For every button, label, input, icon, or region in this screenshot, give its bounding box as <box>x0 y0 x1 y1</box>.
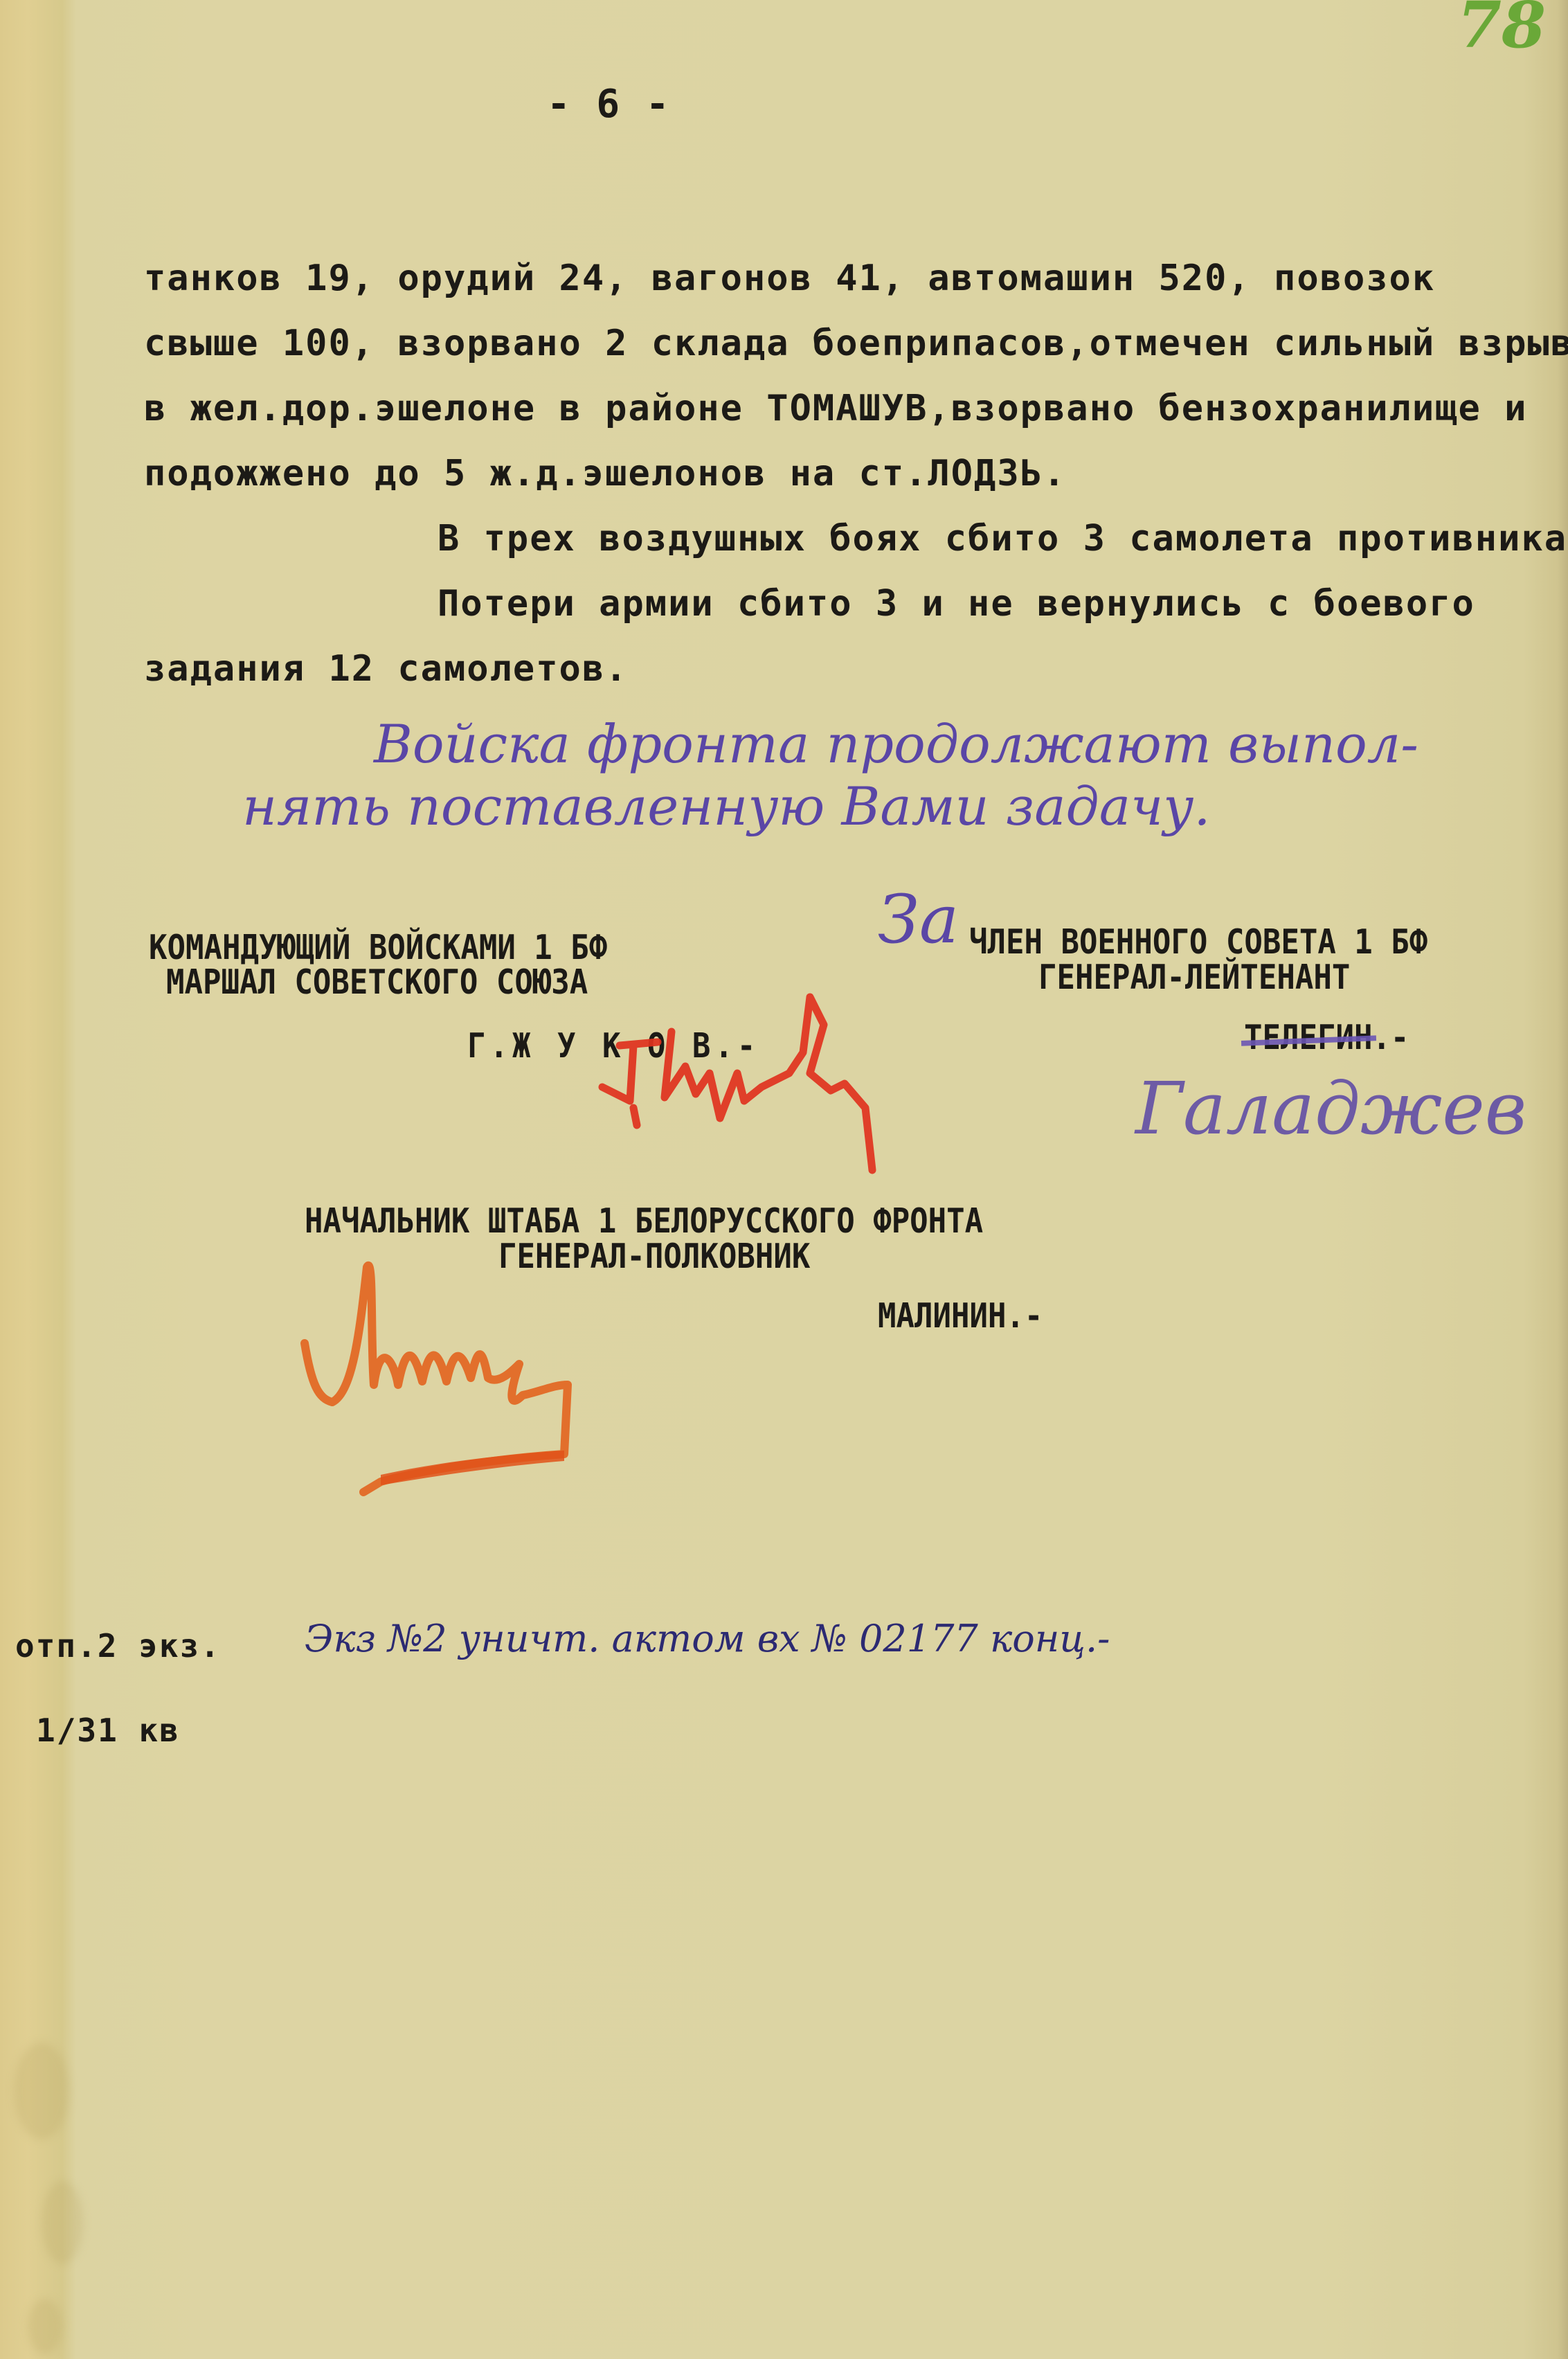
malinin-signature <box>291 1246 955 1537</box>
paragraph-air-battles: В трех воздушных боях сбито 3 самолета п… <box>438 518 1567 559</box>
paragraph-losses-line-1: Потери армии сбито 3 и не вернулись с бо… <box>438 583 1475 625</box>
handwritten-note-line-2: нять поставленную Вами задачу. <box>242 775 1211 837</box>
zhukov-signature <box>582 969 900 1177</box>
body-line-4: подожжено до 5 ж.д.эшелонов на ст.ЛОДЗЬ. <box>144 453 1066 494</box>
copies-note: отп.2 экз. <box>15 1627 221 1665</box>
body-line-3: в жел.дор.эшелоне в районе ТОМАШУВ,взорв… <box>144 388 1527 429</box>
council-member-title-line-2: ГЕНЕРАЛ-ЛЕЙТЕНАНТ <box>1038 958 1350 997</box>
document-reference: 1/31 кв <box>36 1712 180 1749</box>
council-member-prefix-za: За <box>878 881 959 958</box>
council-member-name: ТЕЛЕГИН.- <box>1244 1018 1409 1057</box>
body-line-2: свыше 100, взорвано 2 склада боеприпасов… <box>144 323 1568 364</box>
paper-stain <box>42 2181 83 2264</box>
chief-of-staff-title-line-1: НАЧАЛЬНИК ШТАБА 1 БЕЛОРУССКОГО ФРОНТА <box>305 1201 983 1241</box>
commander-title-line-2: МАРШАЛ СОВЕТСКОГО СОЮЗА <box>166 962 588 1002</box>
destruction-note: Экз №2 уничт. актом вх № 02177 конц.- <box>305 1617 1110 1660</box>
body-line-1: танков 19, орудий 24, вагонов 41, автома… <box>144 258 1435 299</box>
commander-title-line-1: КОМАНДУЮЩИЙ ВОЙСКАМИ 1 БФ <box>149 928 607 967</box>
page-number: - 6 - <box>547 82 671 127</box>
struck-name-telegin: ТЕЛЕГИН <box>1244 1018 1372 1057</box>
document-page: 78 - 6 - танков 19, орудий 24, вагонов 4… <box>0 0 1568 2359</box>
archive-sheet-number: 78 <box>1457 0 1546 62</box>
galadzhev-signature: Галаджев <box>1135 1066 1526 1151</box>
name-suffix: .- <box>1372 1018 1409 1057</box>
paper-stain <box>28 2299 62 2354</box>
council-member-title-line-1: ЧЛЕН ВОЕННОГО СОВЕТА 1 БФ <box>969 922 1427 962</box>
handwritten-note-line-1: Войска фронта продолжают выпол- <box>374 713 1418 775</box>
paper-stain <box>14 2043 69 2140</box>
paragraph-losses-line-2: задания 12 самолетов. <box>144 648 628 690</box>
